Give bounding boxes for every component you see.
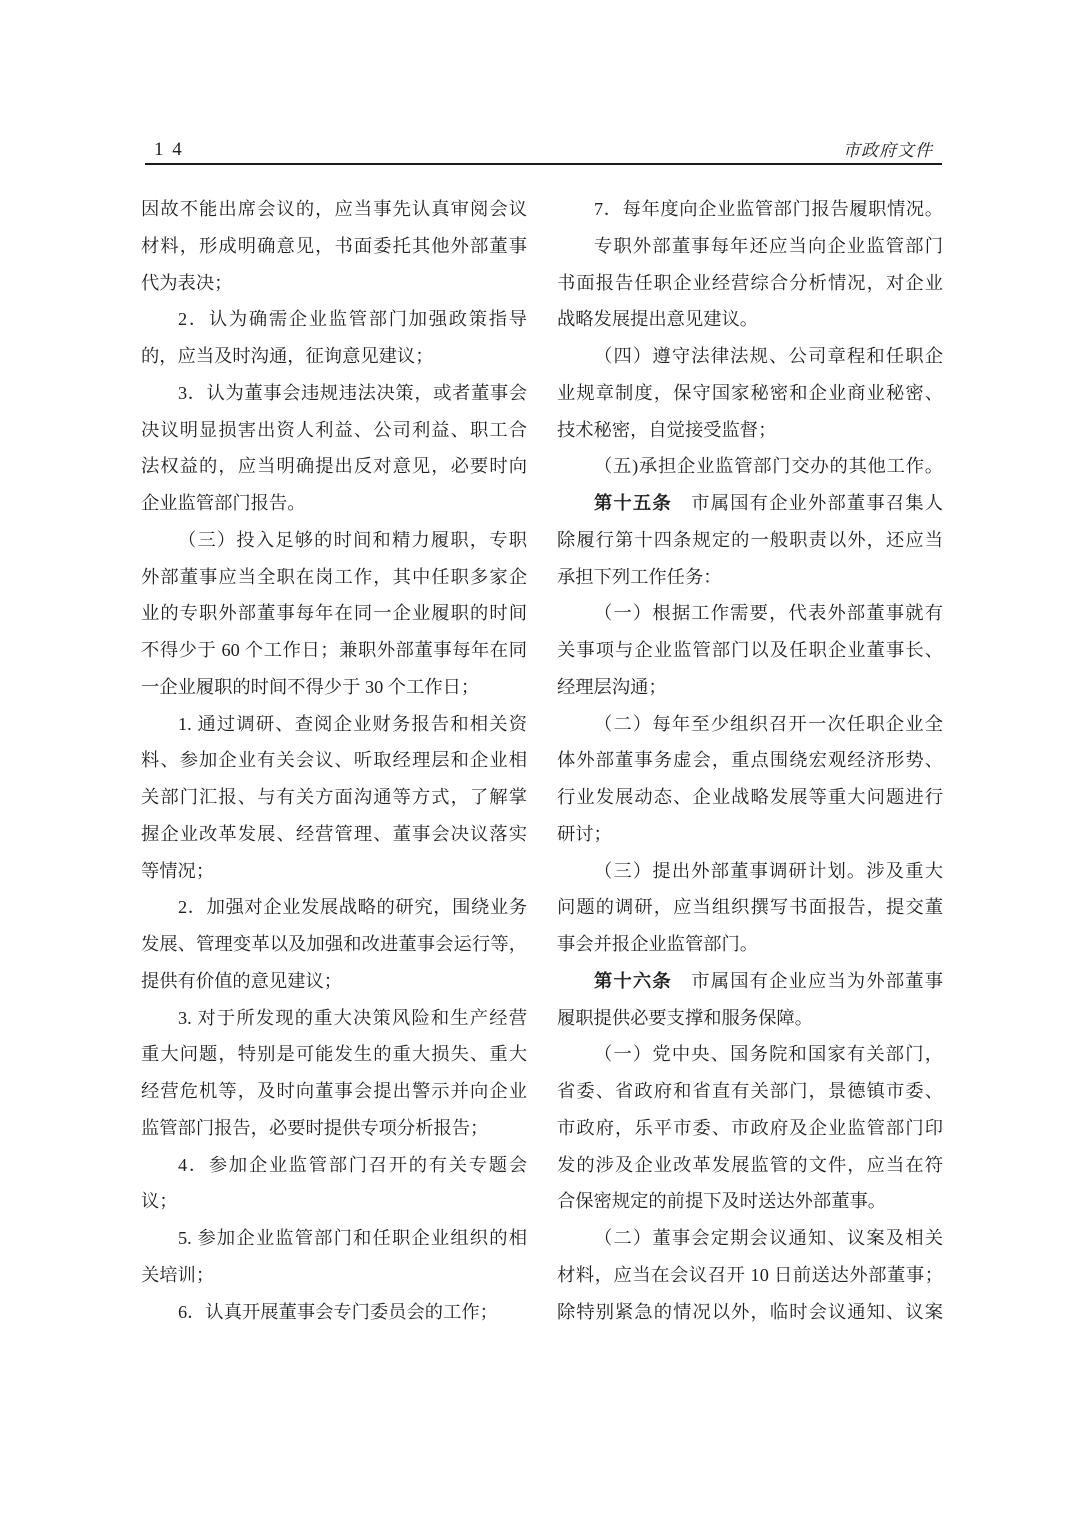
text-line: 议；	[141, 1183, 527, 1220]
text-line: （四）遵守法律法规、公司章程和任职企	[557, 338, 943, 375]
text-line: 发的涉及企业改革发展监管的文件，应当在符	[557, 1147, 943, 1184]
text-line: 1. 通过调研、查阅企业财务报告和相关资	[141, 706, 527, 743]
text-line: 第十五条 市属国有企业外部董事召集人	[557, 485, 943, 522]
text-line: 业的专职外部董事每年在同一企业履职的时间	[141, 595, 527, 632]
text-line: 市政府，乐平市委、市政府及企业监管部门印	[557, 1110, 943, 1147]
text-line: 第十六条 市属国有企业应当为外部董事	[557, 963, 943, 1000]
text-line: 重大问题，特别是可能发生的重大损失、重大	[141, 1036, 527, 1073]
text-line: 履职提供必要支撑和服务保障。	[557, 1000, 943, 1037]
text-line: 料、参加企业有关会议、听取经理层和企业相	[141, 742, 527, 779]
text-line: 事会并报企业监管部门。	[557, 926, 943, 963]
text-line: 省委、省政府和省直有关部门，景德镇市委、	[557, 1073, 943, 1110]
text-line: 发展、管理变革以及加强和改进董事会运行等，	[141, 926, 527, 963]
text-line: 材料，应当在会议召开 10 日前送达外部董事；	[557, 1257, 943, 1294]
text-line: （一）党中央、国务院和国家有关部门，	[557, 1036, 943, 1073]
text-line: 承担下列工作任务：	[557, 559, 943, 596]
text-line: 书面报告任职企业经营综合分析情况，对企业	[557, 265, 943, 302]
text-line: 体外部董事务虚会，重点围绕宏观经济形势、	[557, 742, 943, 779]
text-line: 3．认为董事会违规违法决策，或者董事会	[141, 375, 527, 412]
text-line: 研讨；	[557, 816, 943, 853]
text-line: 企业监管部门报告。	[141, 485, 527, 522]
right-column: 7．每年度向企业监管部门报告履职情况。专职外部董事每年还应当向企业监管部门书面报…	[557, 191, 943, 1330]
text-line: 合保密规定的前提下及时送达外部董事。	[557, 1183, 943, 1220]
text-line: 不得少于 60 个工作日；兼职外部董事每年在同	[141, 632, 527, 669]
article-heading: 第十五条	[594, 493, 672, 513]
text-line: 3. 对于所发现的重大决策风险和生产经营	[141, 1000, 527, 1037]
page-number: 1 4	[154, 139, 184, 161]
text-line: 握企业改革发展、经营管理、董事会决议落实	[141, 816, 527, 853]
text-line: 一企业履职的时间不得少于 30 个工作日；	[141, 669, 527, 706]
text-line: 业规章制度，保守国家秘密和企业商业秘密、	[557, 375, 943, 412]
text-line: （三）投入足够的时间和精力履职，专职	[141, 522, 527, 559]
text-line: 除特别紧急的情况以外，临时会议通知、议案	[557, 1294, 943, 1331]
text-line: 经理层沟通；	[557, 669, 943, 706]
text-line: 等情况；	[141, 853, 527, 890]
text-line: 法权益的，应当明确提出反对意见，必要时向	[141, 448, 527, 485]
text-line: 7．每年度向企业监管部门报告履职情况。	[557, 191, 943, 228]
text-line: （二）每年至少组织召开一次任职企业全	[557, 706, 943, 743]
text-line: （二）董事会定期会议通知、议案及相关	[557, 1220, 943, 1257]
text-line: 5. 参加企业监管部门和任职企业组织的相	[141, 1220, 527, 1257]
header-rule	[145, 163, 942, 165]
text-line: 除履行第十四条规定的一般职责以外，还应当	[557, 522, 943, 559]
text-line: 的，应当及时沟通，征询意见建议；	[141, 338, 527, 375]
document-page: 1 4 市政府文件 因故不能出席会议的，应当事先认真审阅会议材料，形成明确意见，…	[0, 0, 1074, 1520]
text-line: （五)承担企业监管部门交办的其他工作。	[557, 448, 943, 485]
text-line: 代为表决；	[141, 265, 527, 302]
text-line: 4．参加企业监管部门召开的有关专题会	[141, 1147, 527, 1184]
text-line: 因故不能出席会议的，应当事先认真审阅会议	[141, 191, 527, 228]
text-line: 技术秘密，自觉接受监督；	[557, 412, 943, 449]
text-line: 行业发展动态、企业战略发展等重大问题进行	[557, 779, 943, 816]
text-line: 外部董事应当全职在岗工作，其中任职多家企	[141, 559, 527, 596]
text-line: 战略发展提出意见建议。	[557, 301, 943, 338]
text-line: 6．认真开展董事会专门委员会的工作；	[141, 1294, 527, 1331]
text-line: 问题的调研，应当组织撰写书面报告，提交董	[557, 889, 943, 926]
text-line: 关部门汇报、与有关方面沟通等方式，了解掌	[141, 779, 527, 816]
text-line: （三）提出外部董事调研计划。涉及重大	[557, 853, 943, 890]
text-line: 提供有价值的意见建议；	[141, 963, 527, 1000]
text-line: 2．认为确需企业监管部门加强政策指导	[141, 301, 527, 338]
text-line: 专职外部董事每年还应当向企业监管部门	[557, 228, 943, 265]
text-line: 监管部门报告，必要时提供专项分析报告；	[141, 1110, 527, 1147]
text-line: 2．加强对企业发展战略的研究，围绕业务	[141, 889, 527, 926]
header-doc-label: 市政府文件	[843, 136, 933, 161]
article-heading: 第十六条	[594, 971, 672, 991]
text-line: 经营危机等，及时向董事会提出警示并向企业	[141, 1073, 527, 1110]
text-line: （一）根据工作需要，代表外部董事就有	[557, 595, 943, 632]
text-line: 决议明显损害出资人利益、公司利益、职工合	[141, 412, 527, 449]
left-column: 因故不能出席会议的，应当事先认真审阅会议材料，形成明确意见，书面委托其他外部董事…	[141, 191, 527, 1330]
text-line: 材料，形成明确意见，书面委托其他外部董事	[141, 228, 527, 265]
text-line: 关培训；	[141, 1257, 527, 1294]
text-line: 关事项与企业监管部门以及任职企业董事长、	[557, 632, 943, 669]
